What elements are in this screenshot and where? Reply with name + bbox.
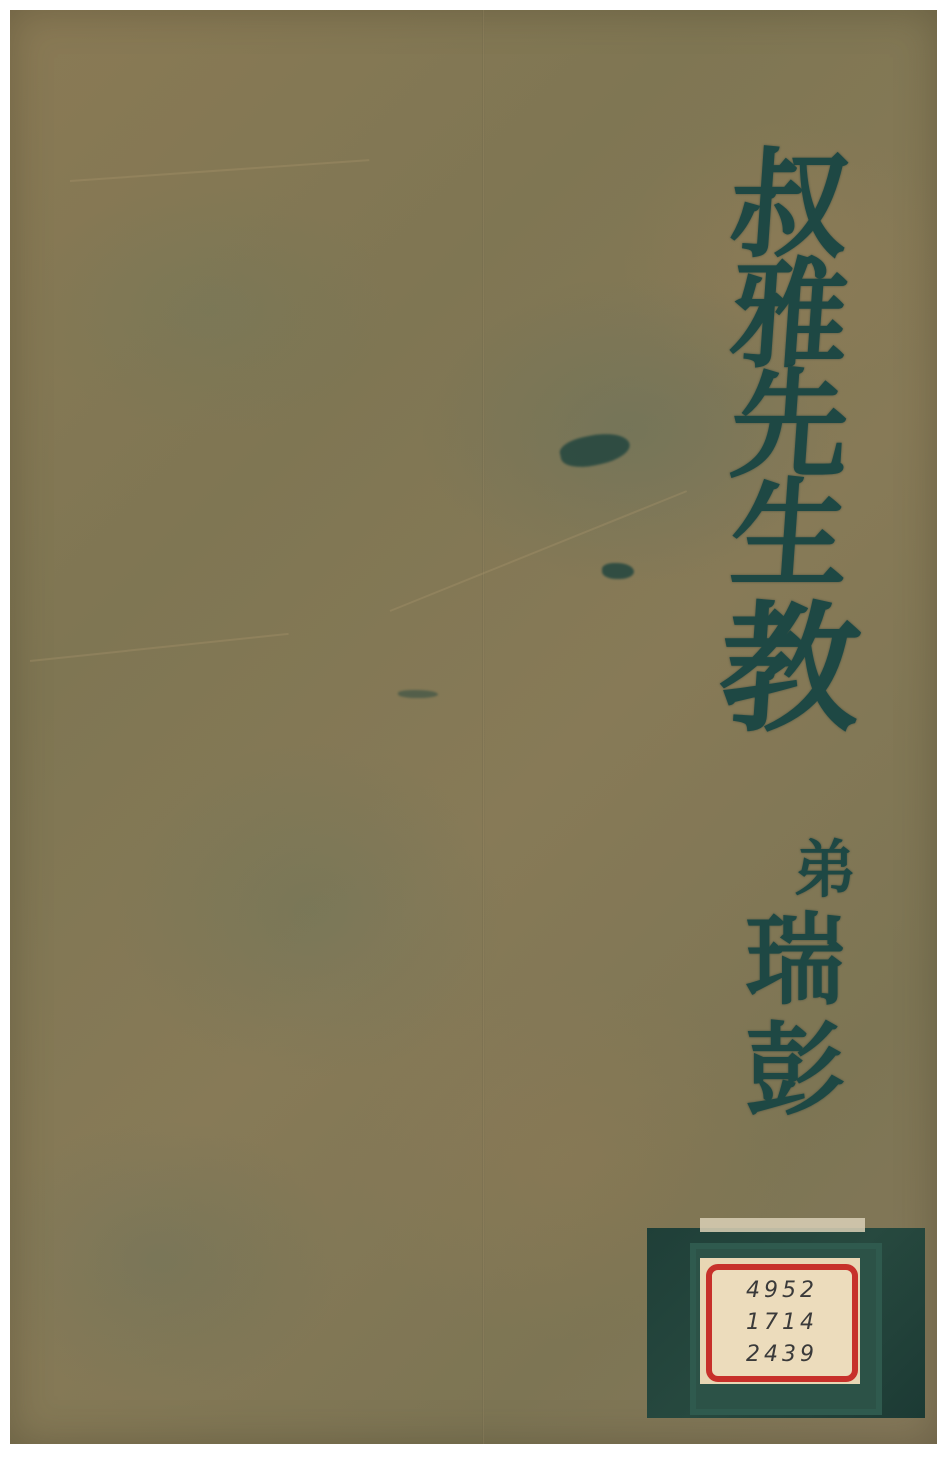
call-number-line: 4952 [746, 1275, 818, 1307]
title-char: 教 [714, 590, 865, 750]
paper-crease [30, 633, 289, 662]
ink-smudge [398, 690, 438, 698]
title-char: 叔 [727, 150, 853, 260]
paper-crease [70, 159, 369, 182]
paper-crease [390, 490, 687, 612]
library-label: 4952 1714 2439 [706, 1264, 858, 1382]
signature-column: 弟 瑞 彭 [720, 835, 870, 1125]
label-tape [700, 1218, 865, 1232]
title-char: 先 [727, 370, 853, 480]
title-column: 叔 雅 先 生 教 [690, 150, 890, 750]
ink-smudge [602, 563, 634, 579]
signature-char: 彭 [745, 1015, 845, 1125]
signature-char: 瑞 [745, 905, 845, 1015]
center-fold [482, 10, 485, 1444]
title-char: 雅 [727, 260, 853, 370]
title-char: 生 [727, 480, 853, 590]
signature-char: 弟 [794, 835, 856, 905]
call-number-line: 1714 [746, 1307, 818, 1339]
call-number-line: 2439 [746, 1339, 818, 1371]
